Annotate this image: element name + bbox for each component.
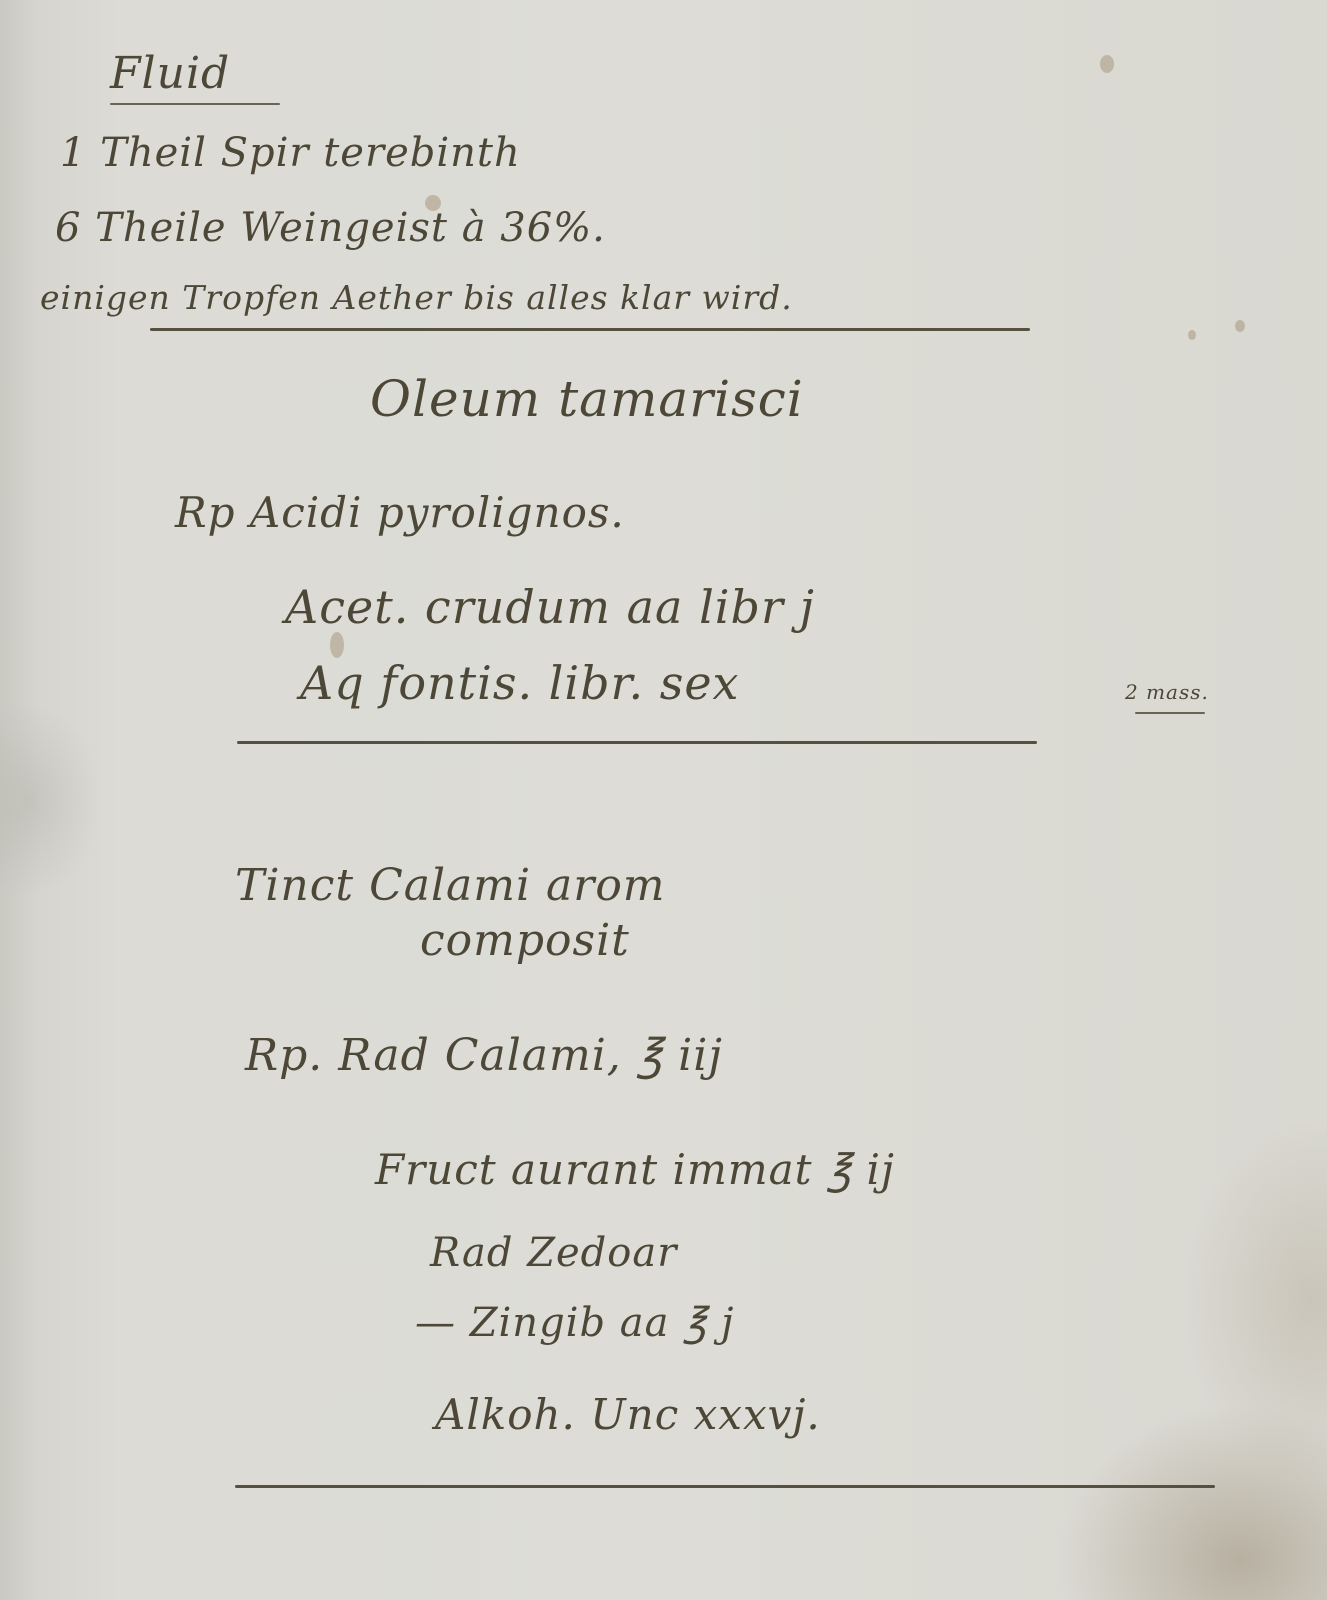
foxing-spot xyxy=(330,632,344,658)
section-divider xyxy=(235,1485,1215,1488)
section-divider xyxy=(150,328,1030,331)
recipe-line: Alkoh. Unc xxxvj. xyxy=(435,1390,821,1439)
section-divider xyxy=(237,741,1037,744)
recipe-line: Rp. Rad Calami, ℥ iij xyxy=(245,1030,723,1081)
manuscript-page: Fluid 1 Theil Spir terebinth 6 Theile We… xyxy=(0,0,1327,1600)
recipe-title-tinct-calami: Tinct Calami arom xyxy=(235,860,666,911)
recipe-line: Rad Zedoar xyxy=(430,1230,677,1276)
title-underline xyxy=(110,103,280,105)
recipe-line: — Zingib aa ℥ j xyxy=(415,1300,734,1346)
foxing-spot xyxy=(1100,55,1114,73)
recipe-line: einigen Tropfen Aether bis alles klar wi… xyxy=(40,278,793,317)
recipe-title-oleum-tamarisci: Oleum tamarisci xyxy=(370,370,804,428)
recipe-title-fluid: Fluid xyxy=(110,48,230,99)
recipe-line: Fruct aurant immat ℥ ij xyxy=(375,1145,895,1194)
recipe-line: Aq fontis. libr. sex xyxy=(300,656,740,710)
recipe-line: Rp Acidi pyrolignos. xyxy=(175,488,625,537)
recipe-line: 1 Theil Spir terebinth xyxy=(60,130,521,176)
margin-note-underline xyxy=(1135,712,1205,714)
margin-note: 2 mass. xyxy=(1125,680,1209,704)
foxing-spot xyxy=(1188,330,1196,340)
recipe-line: 6 Theile Weingeist à 36%. xyxy=(55,205,606,251)
foxing-spot xyxy=(1235,320,1245,332)
recipe-subtitle: composit xyxy=(420,915,630,966)
recipe-line: Acet. crudum aa libr j xyxy=(285,580,815,634)
